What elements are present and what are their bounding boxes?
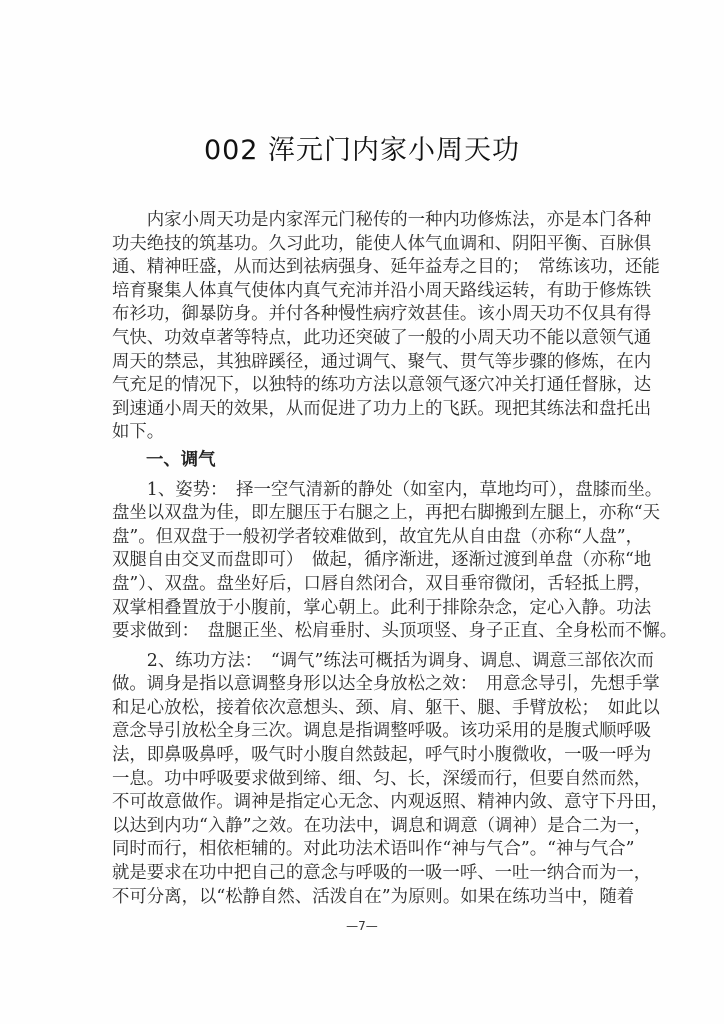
text-line: 不可故意做作。调神是指定心无念、内观返照、精神内敛、意守下丹田， — [112, 791, 619, 815]
text-line: 周天的禁忌，其独辟蹊径，通过调气、聚气、贯气等步骤的修炼，在内 — [112, 351, 619, 375]
text-line: 盘”。但双盘于一般初学者较难做到，故宜先从自由盘（亦称“人盘”， — [112, 526, 619, 550]
text-line: 法，即鼻吸鼻呼，吸气时小腹自然鼓起，呼气时小腹微收，一吸一呼为 — [112, 744, 619, 768]
text-line: 盘”）、双盘。盘坐好后，口唇自然闭合，双目垂帘微闭，舌轻抵上腭， — [112, 573, 619, 597]
section-heading: 一、调气 — [112, 449, 619, 473]
text-line: 气快、功效卓著等特点，此功还突破了一般的小周天功不能以意领气通 — [112, 327, 619, 351]
text-line: 做。调身是指以意调整身形以达全身放松之效： 用意念导引，先想手掌 — [112, 673, 619, 697]
document-body: 内家小周天功是内家浑元门秘传的一种内功修炼法，亦是本门各种 功夫绝技的筑基功。久… — [112, 209, 619, 909]
page-number: —7— — [0, 919, 724, 933]
text-line: 内家小周天功是内家浑元门秘传的一种内功修炼法，亦是本门各种 — [112, 209, 619, 233]
text-line: 到速通小周天的效果，从而促进了功力上的飞跃。现把其练法和盘托出 — [112, 398, 619, 422]
document-page: 002 浑元门内家小周天功 内家小周天功是内家浑元门秘传的一种内功修炼法，亦是本… — [0, 0, 724, 1024]
text-line: 双掌相叠置放于小腹前，掌心朝上。此利于排除杂念，定心入静。功法 — [112, 597, 619, 621]
text-line: 2、练功方法： “调气”练法可概括为调身、调息、调意三部依次而 — [112, 650, 619, 674]
text-line: 盘坐以双盘为佳，即左腿压于右腿之上，再把右脚搬到左腿上，亦称“天 — [112, 502, 619, 526]
text-line: 通、精神旺盛，从而达到祛病强身、延年益寿之目的； 常练该功，还能 — [112, 256, 619, 280]
text-line: 1、姿势： 择一空气清新的静处（如室内，草地均可），盘膝而坐。 — [112, 479, 619, 503]
text-line: 意念导引放松全身三次。调息是指调整呼吸。该功采用的是腹式顺呼吸 — [112, 720, 619, 744]
text-line: 同时而行，相依柜辅的。对此功法术语叫作“神与气合”。“神与气合” — [112, 838, 619, 862]
text-line: 就是要求在功中把自己的意念与呼吸的一吸一呼、一吐一纳合而为一， — [112, 862, 619, 886]
text-line: 以达到内功“入静”之效。在功法中，调息和调意（调神）是合二为一， — [112, 815, 619, 839]
text-line: 双腿自由交叉而盘即可） 做起，循序渐进，逐渐过渡到单盘（亦称“地 — [112, 549, 619, 573]
text-line: 功夫绝技的筑基功。久习此功，能使人体气血调和、阴阳平衡、百脉俱 — [112, 233, 619, 257]
posture-paragraph: 1、姿势： 择一空气清新的静处（如室内，草地均可），盘膝而坐。 盘坐以双盘为佳，… — [112, 479, 619, 644]
text-line: 一息。功中呼吸要求做到缔、细、匀、长，深缓而行，但要自然而然， — [112, 768, 619, 792]
intro-paragraph: 内家小周天功是内家浑元门秘传的一种内功修炼法，亦是本门各种 功夫绝技的筑基功。久… — [112, 209, 619, 445]
text-line: 如下。 — [112, 421, 619, 445]
text-line: 培育聚集人体真气使体内真气充沛并沿小周天路线运转，有助于修炼铁 — [112, 280, 619, 304]
text-line: 不可分离，以“松静自然、活泼自在”为原则。如果在练功当中，随着 — [112, 886, 619, 910]
document-title: 002 浑元门内家小周天功 — [0, 128, 724, 167]
text-line: 要求做到： 盘腿正坐、松肩垂肘、头顶项竖、身子正直、全身松而不懈。 — [112, 620, 619, 644]
text-line: 布衫功，御暴防身。并付各种慢性病疗效甚佳。该小周天功不仅具有得 — [112, 303, 619, 327]
text-line: 气充足的情况下，以独特的练功方法以意领气逐穴冲关打通任督脉，达 — [112, 374, 619, 398]
text-line: 和足心放松，接着依次意想头、颈、肩、躯干、腿、手臂放松； 如此以 — [112, 697, 619, 721]
method-paragraph: 2、练功方法： “调气”练法可概括为调身、调息、调意三部依次而 做。调身是指以意… — [112, 650, 619, 910]
